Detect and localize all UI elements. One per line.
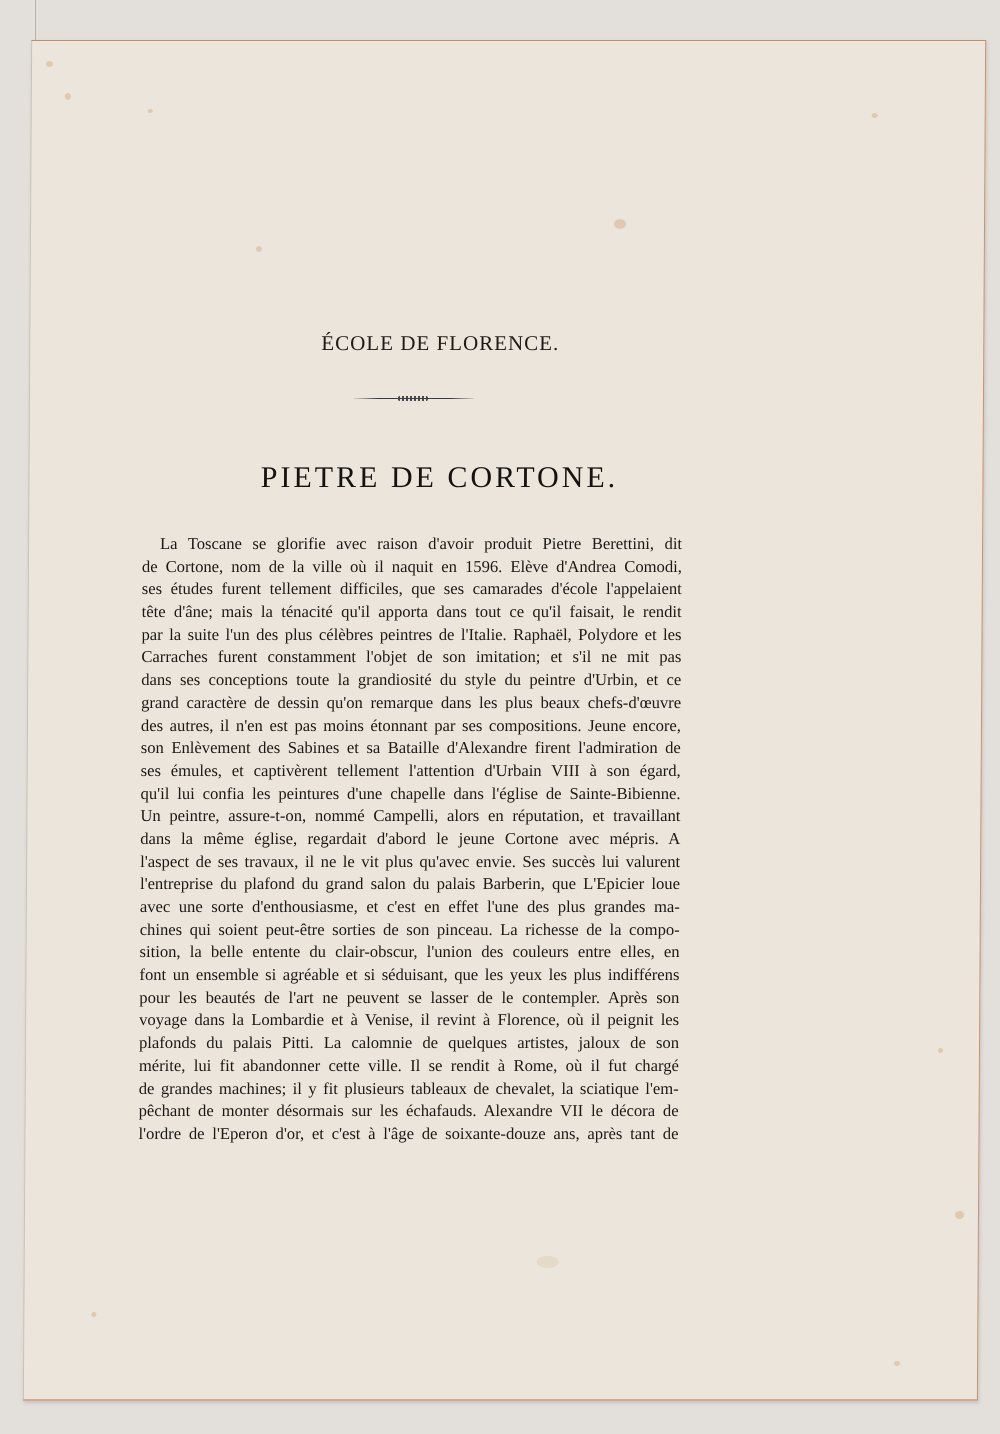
text-line: l'ordre de l'Eperon d'or, et c'est à l'â… [138, 1123, 678, 1146]
text-line: de grandes machines; il y fit plusieurs … [139, 1078, 679, 1101]
text-line: voyage dans la Lombardie et à Venise, il… [139, 1009, 679, 1032]
artist-heading: PIETRE DE CORTONE. [29, 461, 849, 495]
text-line: dans la même église, regardait d'abord l… [140, 828, 680, 851]
foxing-spot [65, 93, 71, 100]
foxing-spot [614, 219, 626, 229]
foxing-spot [148, 109, 153, 113]
printed-page: ÉCOLE DE FLORENCE. PIETRE DE CORTONE. La… [23, 40, 986, 1401]
text-line: avec une sorte d'enthousiasme, et c'est … [140, 896, 680, 919]
text-line: mérite, lui fit abandonner cette ville. … [139, 1055, 679, 1078]
foxing-spot [894, 1361, 900, 1366]
text-line: par la suite l'un des plus célèbres pein… [141, 624, 681, 647]
ornament-knot [398, 396, 428, 401]
biography-text: La Toscane se glorifie avec raison d'avo… [138, 533, 682, 1146]
text-line: font un ensemble si agréable et si sédui… [139, 964, 679, 987]
text-line: La Toscane se glorifie avec raison d'avo… [142, 533, 682, 556]
text-line: plafonds du palais Pitti. La calomnie de… [139, 1032, 679, 1055]
text-line: ses études furent tellement difficiles, … [142, 578, 682, 601]
text-line: des autres, il n'en est pas moins étonna… [141, 715, 681, 738]
text-line: dans ses conceptions toute la grandiosit… [141, 669, 681, 692]
text-line: qu'il lui confia les peintures d'une cha… [140, 783, 680, 806]
text-line: l'aspect de ses travaux, il ne le vit pl… [140, 851, 680, 874]
foxing-spot [872, 113, 878, 118]
foxing-spot [938, 1048, 943, 1053]
text-line: Un peintre, assure-t-on, nommé Campelli,… [140, 805, 680, 828]
ornament-rule-icon [354, 397, 474, 400]
text-line: pêchant de monter désormais sur les écha… [139, 1100, 679, 1123]
foxing-spot [91, 1312, 96, 1317]
text-line: Carraches furent constamment l'objet de … [141, 646, 681, 669]
backdrop-edge-line [35, 0, 36, 40]
text-line: tête d'âne; mais la ténacité qu'il appor… [142, 601, 682, 624]
text-line: son Enlèvement des Sabines et sa Bataill… [141, 737, 681, 760]
foxing-spot [46, 61, 53, 67]
foxing-spot [955, 1211, 964, 1219]
text-line: chines qui soient peut-être sorties de s… [140, 919, 680, 942]
text-line: ses émules, et captivèrent tellement l'a… [141, 760, 681, 783]
text-line: grand caractère de dessin qu'on remarque… [141, 692, 681, 715]
foxing-spot [537, 1256, 559, 1268]
text-line: sition, la belle entente du clair-obscur… [140, 941, 680, 964]
text-line: l'entreprise du plafond du grand salon d… [140, 873, 680, 896]
text-line: de Cortone, nom de la ville où il naquit… [142, 556, 682, 579]
school-heading: ÉCOLE DE FLORENCE. [30, 331, 850, 356]
text-line: pour les beautés de l'art ne peuvent se … [139, 987, 679, 1010]
foxing-spot [256, 246, 262, 252]
